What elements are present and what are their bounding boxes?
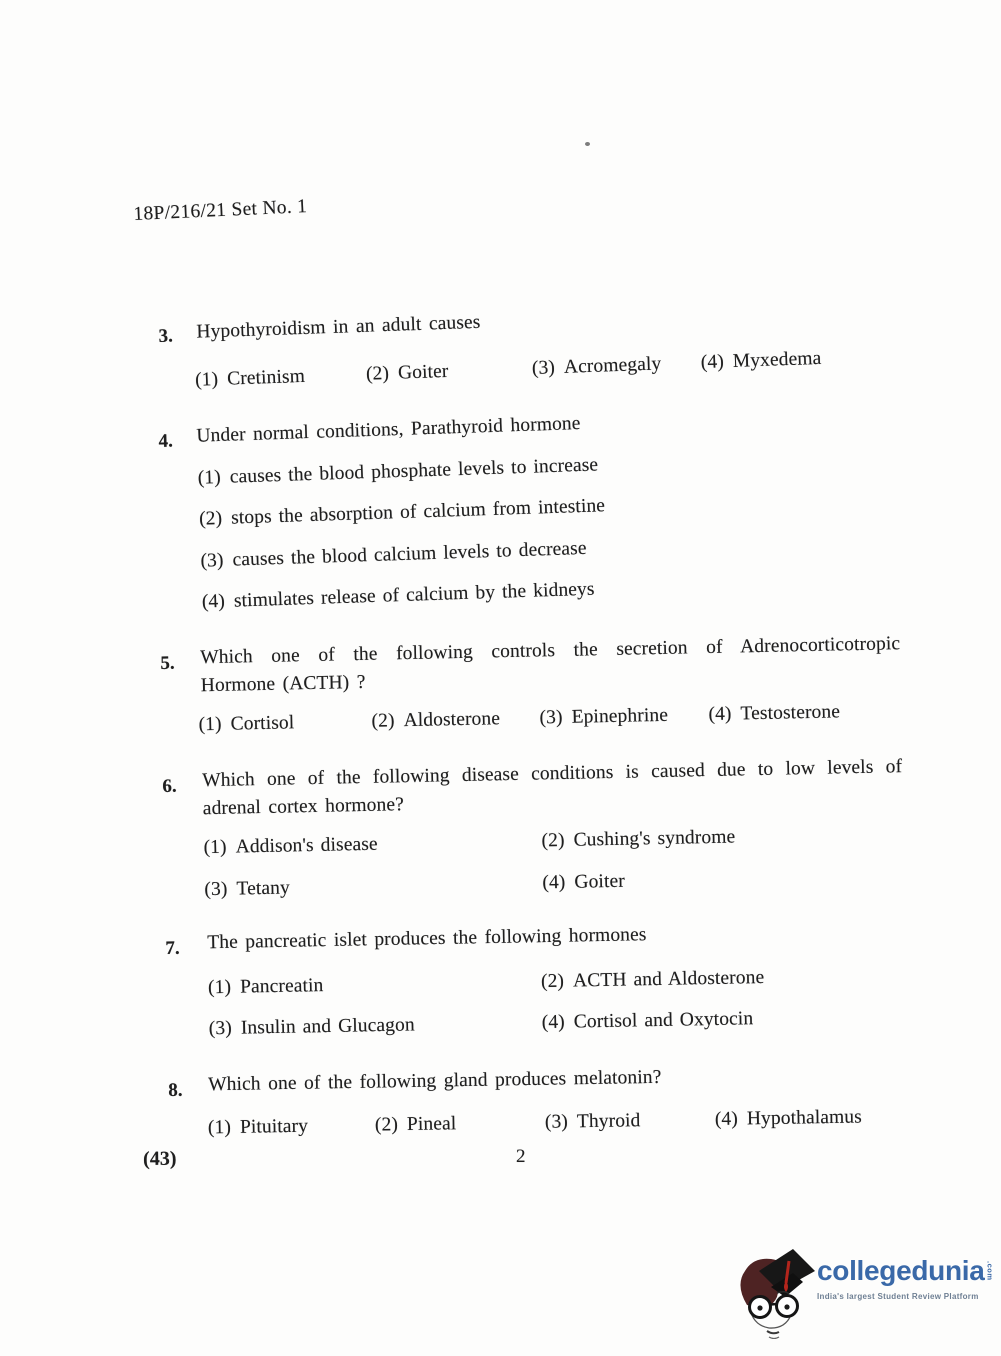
question-number: 3. <box>158 325 173 347</box>
option: (1)Addison's disease <box>203 834 378 859</box>
option-text: ACTH and Aldosterone <box>573 967 765 992</box>
option: (2)Aldosterone <box>371 708 500 733</box>
question-4: 4. Under normal conditions, Parathyroid … <box>158 400 924 625</box>
option-text: Goiter <box>398 361 449 384</box>
collegedunia-logo: collegedunia .com India's largest Studen… <box>727 1243 1001 1347</box>
option: (2)Goiter <box>366 361 449 386</box>
option-text: Pancreatin <box>240 975 324 998</box>
option-text: causes the blood calcium levels to decre… <box>232 538 587 571</box>
option-label: (2) <box>541 830 564 851</box>
option-label: (3) <box>209 1018 232 1039</box>
option: (4)stimulates release of calcium by the … <box>202 579 595 614</box>
question-5: 5. Which one of the following controls t… <box>160 629 942 745</box>
option-text: Cushing's syndrome <box>573 827 735 851</box>
option-label: (1) <box>197 467 221 489</box>
option: (1)Pituitary <box>208 1116 308 1140</box>
scanned-exam-page: 18P/216/21 Set No. 1 3. Hypothyroidism i… <box>0 0 1001 1356</box>
question-number: 4. <box>158 431 173 453</box>
scan-speck <box>585 142 590 146</box>
option-text: Tetany <box>236 877 290 899</box>
option-text: Thyroid <box>577 1110 641 1132</box>
question-text-line-2: adrenal cortex hormone? <box>203 794 405 820</box>
option: (3)Insulin and Glucagon <box>209 1014 415 1040</box>
option-text: stimulates release of calcium by the kid… <box>234 579 595 612</box>
option-label: (2) <box>366 363 390 385</box>
question-8: 8. Which one of the following gland prod… <box>168 1059 949 1152</box>
option: (4)Hypothalamus <box>715 1107 862 1131</box>
option-text: Goiter <box>574 871 625 893</box>
question-3: 3. Hypothyroidism in an adult causes (1)… <box>158 293 920 399</box>
option-label: (4) <box>708 704 731 725</box>
option: (2)stops the absorption of calcium from … <box>199 495 606 530</box>
logo-brand-name: collegedunia <box>817 1255 985 1286</box>
option-text: Cortisol <box>230 712 294 734</box>
booklet-number: (43) <box>143 1148 177 1171</box>
option: (2)Pineal <box>375 1113 457 1136</box>
collegedunia-mascot-icon <box>733 1245 817 1339</box>
paper-code-header: 18P/216/21 Set No. 1 <box>133 196 308 226</box>
question-number: 7. <box>165 938 180 960</box>
option-text: Aldosterone <box>403 708 500 731</box>
option-label: (1) <box>195 369 219 391</box>
option-label: (4) <box>700 351 724 373</box>
question-text: Under normal conditions, Parathyroid hor… <box>196 413 581 448</box>
option-text: Cortisol and Oxytocin <box>574 1008 754 1032</box>
option: (3)causes the blood calcium levels to de… <box>200 538 587 573</box>
option-label: (1) <box>198 714 221 735</box>
option-text: Cretinism <box>227 366 306 390</box>
logo-domain-suffix: .com <box>986 1261 995 1281</box>
logo-tagline: India's largest Student Review Platform <box>817 1292 985 1301</box>
question-text-line-1: Which one of the following disease condi… <box>202 756 902 792</box>
option-label: (2) <box>375 1114 398 1135</box>
question-number: 6. <box>162 776 177 798</box>
option-label: (2) <box>199 508 223 530</box>
option-label: (4) <box>715 1109 738 1130</box>
option-label: (1) <box>208 1117 231 1138</box>
option: (1)causes the blood phosphate levels to … <box>197 454 598 489</box>
option-text: Addison's disease <box>235 834 377 858</box>
option-label: (3) <box>200 550 224 572</box>
option-text: Myxedema <box>732 348 821 372</box>
question-number: 8. <box>168 1080 183 1102</box>
option-label: (3) <box>532 357 556 379</box>
option-label: (3) <box>545 1111 568 1132</box>
option: (3)Acromegaly <box>532 353 662 380</box>
option-label: (1) <box>203 837 226 858</box>
option: (2)Cushing's syndrome <box>541 827 735 853</box>
question-text-line-2: Hormone (ACTH) ? <box>201 672 366 697</box>
question-text: The pancreatic islet produces the follow… <box>207 924 647 954</box>
option: (4)Cortisol and Oxytocin <box>542 1008 754 1034</box>
question-text: Which one of the following gland produce… <box>208 1067 662 1097</box>
option-label: (1) <box>208 977 231 998</box>
scan-text-layer: 18P/216/21 Set No. 1 3. Hypothyroidism i… <box>0 0 1001 1356</box>
option-text: Insulin and Glucagon <box>241 1014 415 1038</box>
option: (4)Goiter <box>542 871 625 895</box>
option-text: Acromegaly <box>564 353 662 377</box>
option-text: stops the absorption of calcium from int… <box>231 495 606 528</box>
question-text-line-1: Which one of the following controls the … <box>200 633 900 669</box>
question-7: 7. The pancreatic islet produces the fol… <box>165 916 947 1050</box>
question-number: 5. <box>160 653 175 675</box>
option-label: (4) <box>202 591 226 613</box>
option: (1)Cortisol <box>198 712 294 736</box>
option-text: causes the blood phosphate levels to inc… <box>229 454 598 487</box>
option-label: (4) <box>542 1012 565 1033</box>
option: (2)ACTH and Aldosterone <box>541 967 765 993</box>
question-6: 6. Which one of the following disease co… <box>162 752 945 913</box>
option-text: Hypothalamus <box>747 1107 862 1130</box>
option-text: Testosterone <box>740 701 840 724</box>
option-label: (3) <box>204 879 227 900</box>
option-text: Epinephrine <box>571 705 668 728</box>
option: (4)Testosterone <box>708 701 840 726</box>
option-label: (3) <box>539 707 562 728</box>
option: (3)Epinephrine <box>539 705 668 730</box>
option-label: (4) <box>542 872 565 893</box>
page-number: 2 <box>516 1146 526 1168</box>
option-label: (2) <box>541 971 564 992</box>
option: (3)Thyroid <box>545 1110 641 1134</box>
option: (4)Myxedema <box>700 348 821 374</box>
option: (3)Tetany <box>204 877 290 901</box>
option-label: (2) <box>371 710 394 731</box>
option-text: Pineal <box>407 1113 457 1135</box>
question-text: Hypothyroidism in an adult causes <box>196 312 481 344</box>
option: (1)Pancreatin <box>208 975 324 999</box>
logo-text-block: collegedunia .com India's largest Studen… <box>817 1257 985 1301</box>
option: (1)Cretinism <box>195 366 306 392</box>
option-text: Pituitary <box>240 1116 308 1138</box>
